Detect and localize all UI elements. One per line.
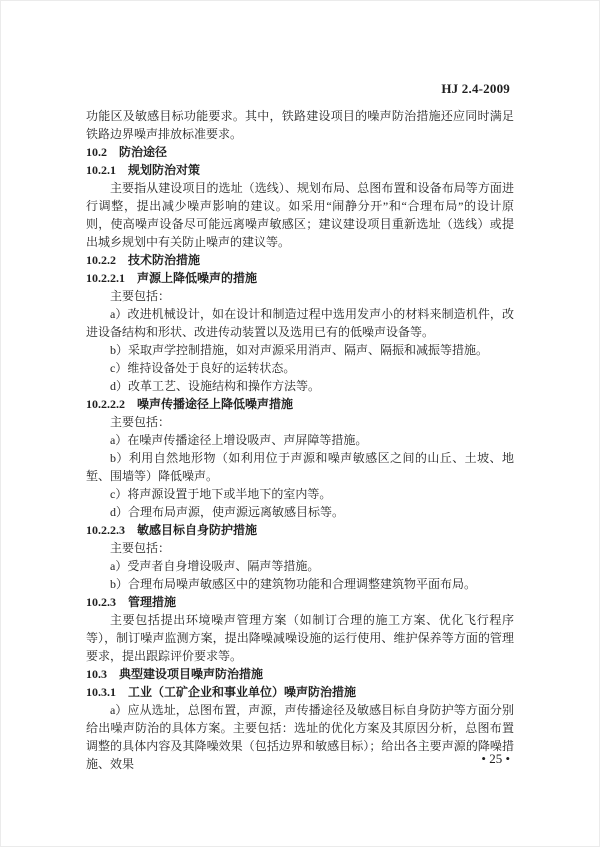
heading-title: 防治途径 — [119, 145, 167, 159]
paragraph: 主要指从建设项目的选址（选线）、规划布局、总图布置和设备布局等方面进行调整，提出… — [86, 179, 514, 251]
standard-code: HJ 2.4-2009 — [86, 81, 510, 97]
heading-number: 10.2.3 — [86, 595, 116, 609]
section-heading: 10.2.2.2噪声传播途径上降低噪声措施 — [86, 395, 514, 413]
heading-number: 10.2 — [86, 145, 107, 159]
paragraph: d）改革工艺、设施结构和操作方法等。 — [86, 377, 514, 395]
section-heading: 10.2.3管理措施 — [86, 593, 514, 611]
heading-number: 10.3.1 — [86, 685, 116, 699]
document-body: 功能区及敏感目标功能要求。其中，铁路建设项目的噪声防治措施还应同时满足铁路边界噪… — [86, 107, 514, 773]
heading-title: 典型建设项目噪声防治措施 — [119, 667, 263, 681]
paragraph: 主要包括： — [86, 539, 514, 557]
heading-title: 规划防治对策 — [128, 163, 200, 177]
paragraph: a）改进机械设计，如在设计和制造过程中选用发声小的材料来制造机件，改进设备结构和… — [86, 305, 514, 341]
section-heading: 10.2.2.1声源上降低噪声的措施 — [86, 269, 514, 287]
page-number: • 25 • — [86, 751, 510, 767]
heading-number: 10.2.2 — [86, 253, 116, 267]
heading-title: 声源上降低噪声的措施 — [137, 271, 257, 285]
heading-number: 10.2.2.3 — [86, 523, 125, 537]
heading-number: 10.2.2.2 — [86, 397, 125, 411]
section-heading: 10.2.1规划防治对策 — [86, 161, 514, 179]
heading-title: 工业（工矿企业和事业单位）噪声防治措施 — [128, 685, 356, 699]
section-heading: 10.3.1工业（工矿企业和事业单位）噪声防治措施 — [86, 683, 514, 701]
heading-number: 10.3 — [86, 667, 107, 681]
paragraph: b）利用自然地形物（如利用位于声源和噪声敏感区之间的山丘、土坡、地堑、围墙等）降… — [86, 449, 514, 485]
paragraph: d）合理布局声源，使声源远离敏感目标等。 — [86, 503, 514, 521]
paragraph: 主要包括： — [86, 287, 514, 305]
paragraph: 功能区及敏感目标功能要求。其中，铁路建设项目的噪声防治措施还应同时满足铁路边界噪… — [86, 107, 514, 143]
paragraph: 主要包括提出环境噪声管理方案（如制订合理的施工方案、优化飞行程序等），制订噪声监… — [86, 611, 514, 665]
section-heading: 10.2防治途径 — [86, 143, 514, 161]
paragraph: c）将声源设置于地下或半地下的室内等。 — [86, 485, 514, 503]
document-page: HJ 2.4-2009 功能区及敏感目标功能要求。其中，铁路建设项目的噪声防治措… — [0, 0, 600, 847]
heading-title: 噪声传播途径上降低噪声措施 — [137, 397, 293, 411]
paragraph: c）维持设备处于良好的运转状态。 — [86, 359, 514, 377]
paragraph: a）受声者自身增设吸声、隔声等措施。 — [86, 557, 514, 575]
heading-number: 10.2.1 — [86, 163, 116, 177]
heading-title: 敏感目标自身防护措施 — [137, 523, 257, 537]
section-heading: 10.3典型建设项目噪声防治措施 — [86, 665, 514, 683]
section-heading: 10.2.2.3敏感目标自身防护措施 — [86, 521, 514, 539]
heading-title: 管理措施 — [128, 595, 176, 609]
section-heading: 10.2.2技术防治措施 — [86, 251, 514, 269]
paragraph: b）采取声学控制措施，如对声源采用消声、隔声、隔振和减振等措施。 — [86, 341, 514, 359]
paragraph: 主要包括： — [86, 413, 514, 431]
paragraph: a）在噪声传播途径上增设吸声、声屏障等措施。 — [86, 431, 514, 449]
heading-title: 技术防治措施 — [128, 253, 200, 267]
heading-number: 10.2.2.1 — [86, 271, 125, 285]
paragraph: b）合理布局噪声敏感区中的建筑物功能和合理调整建筑物平面布局。 — [86, 575, 514, 593]
